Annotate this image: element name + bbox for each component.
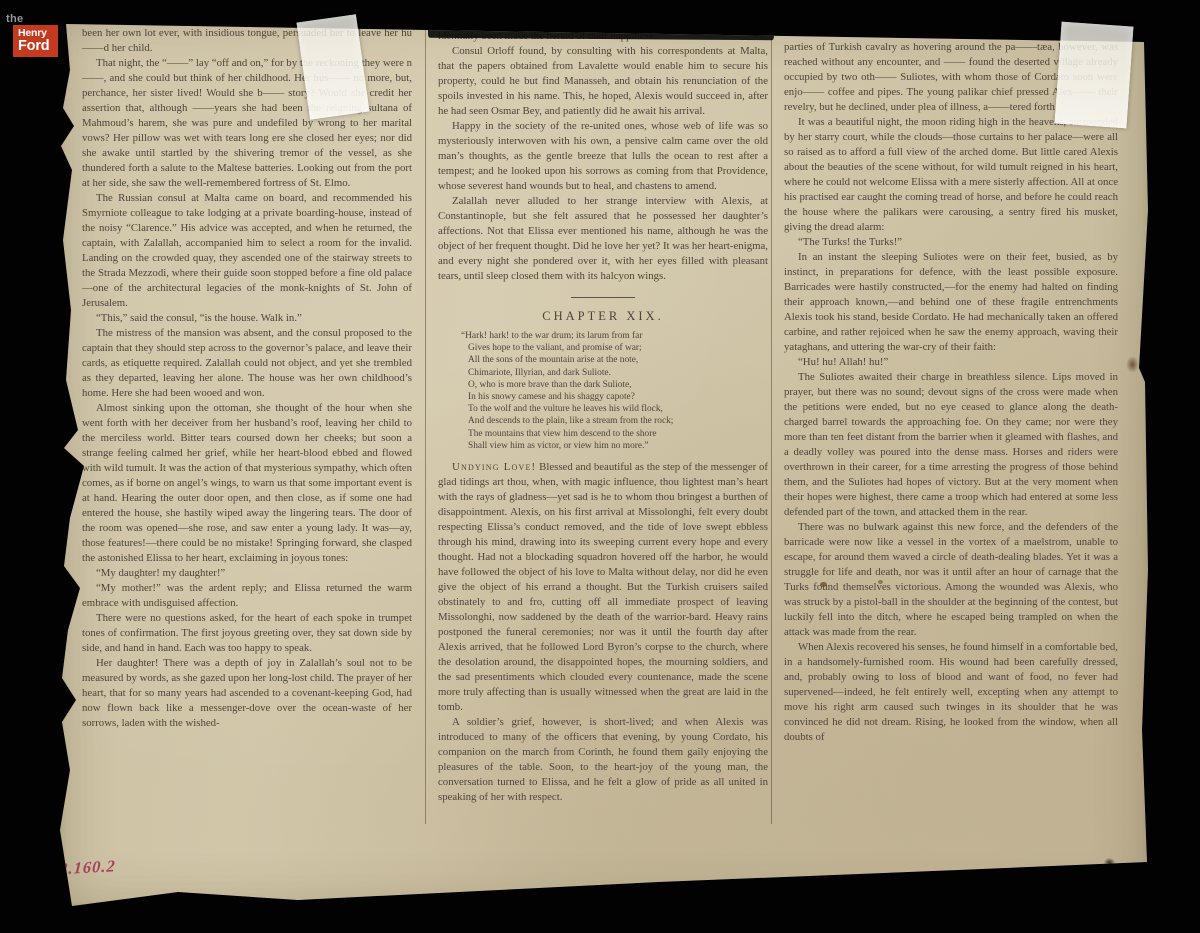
- paragraph: Happy in the society of the re-united on…: [438, 119, 768, 194]
- logo-box: Henry Ford: [13, 25, 58, 57]
- henry-ford-logo: the Henry Ford: [6, 13, 58, 57]
- paragraph: Almost sinking upon the ottoman, she tho…: [82, 401, 412, 566]
- ink-smear: [428, 25, 774, 40]
- stain: [1126, 356, 1139, 373]
- section-divider: [571, 297, 635, 298]
- paragraph: When Alexis recovered his senses, he fou…: [784, 640, 1118, 745]
- tape-top-right: [1055, 22, 1134, 129]
- paragraph: “The Turks! the Turks!”: [784, 235, 1118, 250]
- poem-line: “Hark! hark! to the war drum; its larum …: [461, 330, 768, 342]
- paragraph: There was no bulwark against this new fo…: [784, 520, 1118, 640]
- stain: [1104, 858, 1115, 867]
- column-2-top-paragraphs: identially been made the herald of their…: [438, 29, 768, 284]
- paragraph: The mistress of the mansion was absent, …: [82, 326, 412, 401]
- paragraph: There were no questions asked, for the h…: [82, 611, 412, 656]
- stain: [820, 582, 827, 587]
- catalog-number: 62.160.2: [50, 856, 117, 880]
- logo-the: the: [6, 13, 58, 25]
- poem-line: O, who is more brave than the dark Sulio…: [468, 379, 768, 391]
- logo-ford: Ford: [18, 39, 54, 53]
- paragraph: It was a beautiful night, the moon ridin…: [784, 115, 1118, 235]
- poem-line: All the sons of the mountain arise at th…: [468, 354, 768, 366]
- paragraph: “My mother!” was the ardent reply; and E…: [82, 581, 412, 611]
- paragraph: Consul Orloff found, by consulting with …: [438, 44, 768, 119]
- foxing-spot: [488, 610, 648, 730]
- paragraph: The Suliotes awaited their charge in bre…: [784, 370, 1118, 520]
- poem-line: Gives hope to the valiant, and promise o…: [468, 342, 768, 354]
- column-1: been her own lot ever, with insidious to…: [82, 10, 412, 731]
- paper: been her own lot ever, with insidious to…: [58, 10, 1150, 910]
- poem: “Hark! hark! to the war drum; its larum …: [468, 330, 768, 452]
- paragraph: been her own lot ever, with insidious to…: [82, 26, 412, 56]
- paragraph: “Hu! hu! Allah! hu!”: [784, 355, 1118, 370]
- paragraph: “This,” said the consul, “is the house. …: [82, 311, 412, 326]
- scan-background: been her own lot ever, with insidious to…: [0, 0, 1200, 933]
- paragraph: Zalallah never alluded to her strange in…: [438, 194, 768, 284]
- stain: [878, 580, 883, 584]
- column-rule-right: [771, 22, 772, 824]
- paragraph-lead: Undying Love!: [452, 461, 536, 473]
- chapter-heading: CHAPTER XIX.: [438, 309, 768, 324]
- paragraph: A soldier’s grief, however, is short-liv…: [438, 715, 768, 805]
- poem-line: Chimariote, Illyrian, and dark Suliote.: [468, 367, 768, 379]
- poem-line: Shall view him as victor, or view him no…: [468, 440, 768, 452]
- poem-line: The mountains that view him descend to t…: [468, 428, 768, 440]
- poem-line: To the wolf and the vulture he leaves hi…: [468, 403, 768, 415]
- paragraph: In an instant the sleeping Suliotes were…: [784, 250, 1118, 355]
- column-rule-left: [425, 22, 426, 824]
- poem-line: And descends to the plain, like a stream…: [468, 415, 768, 427]
- foxing-spot: [238, 190, 378, 300]
- poem-line: In his snowy camese and his shaggy capot…: [468, 391, 768, 403]
- paragraph: “My daughter! my daughter!”: [82, 566, 412, 581]
- paragraph: Her daughter! There was a depth of joy i…: [82, 656, 412, 731]
